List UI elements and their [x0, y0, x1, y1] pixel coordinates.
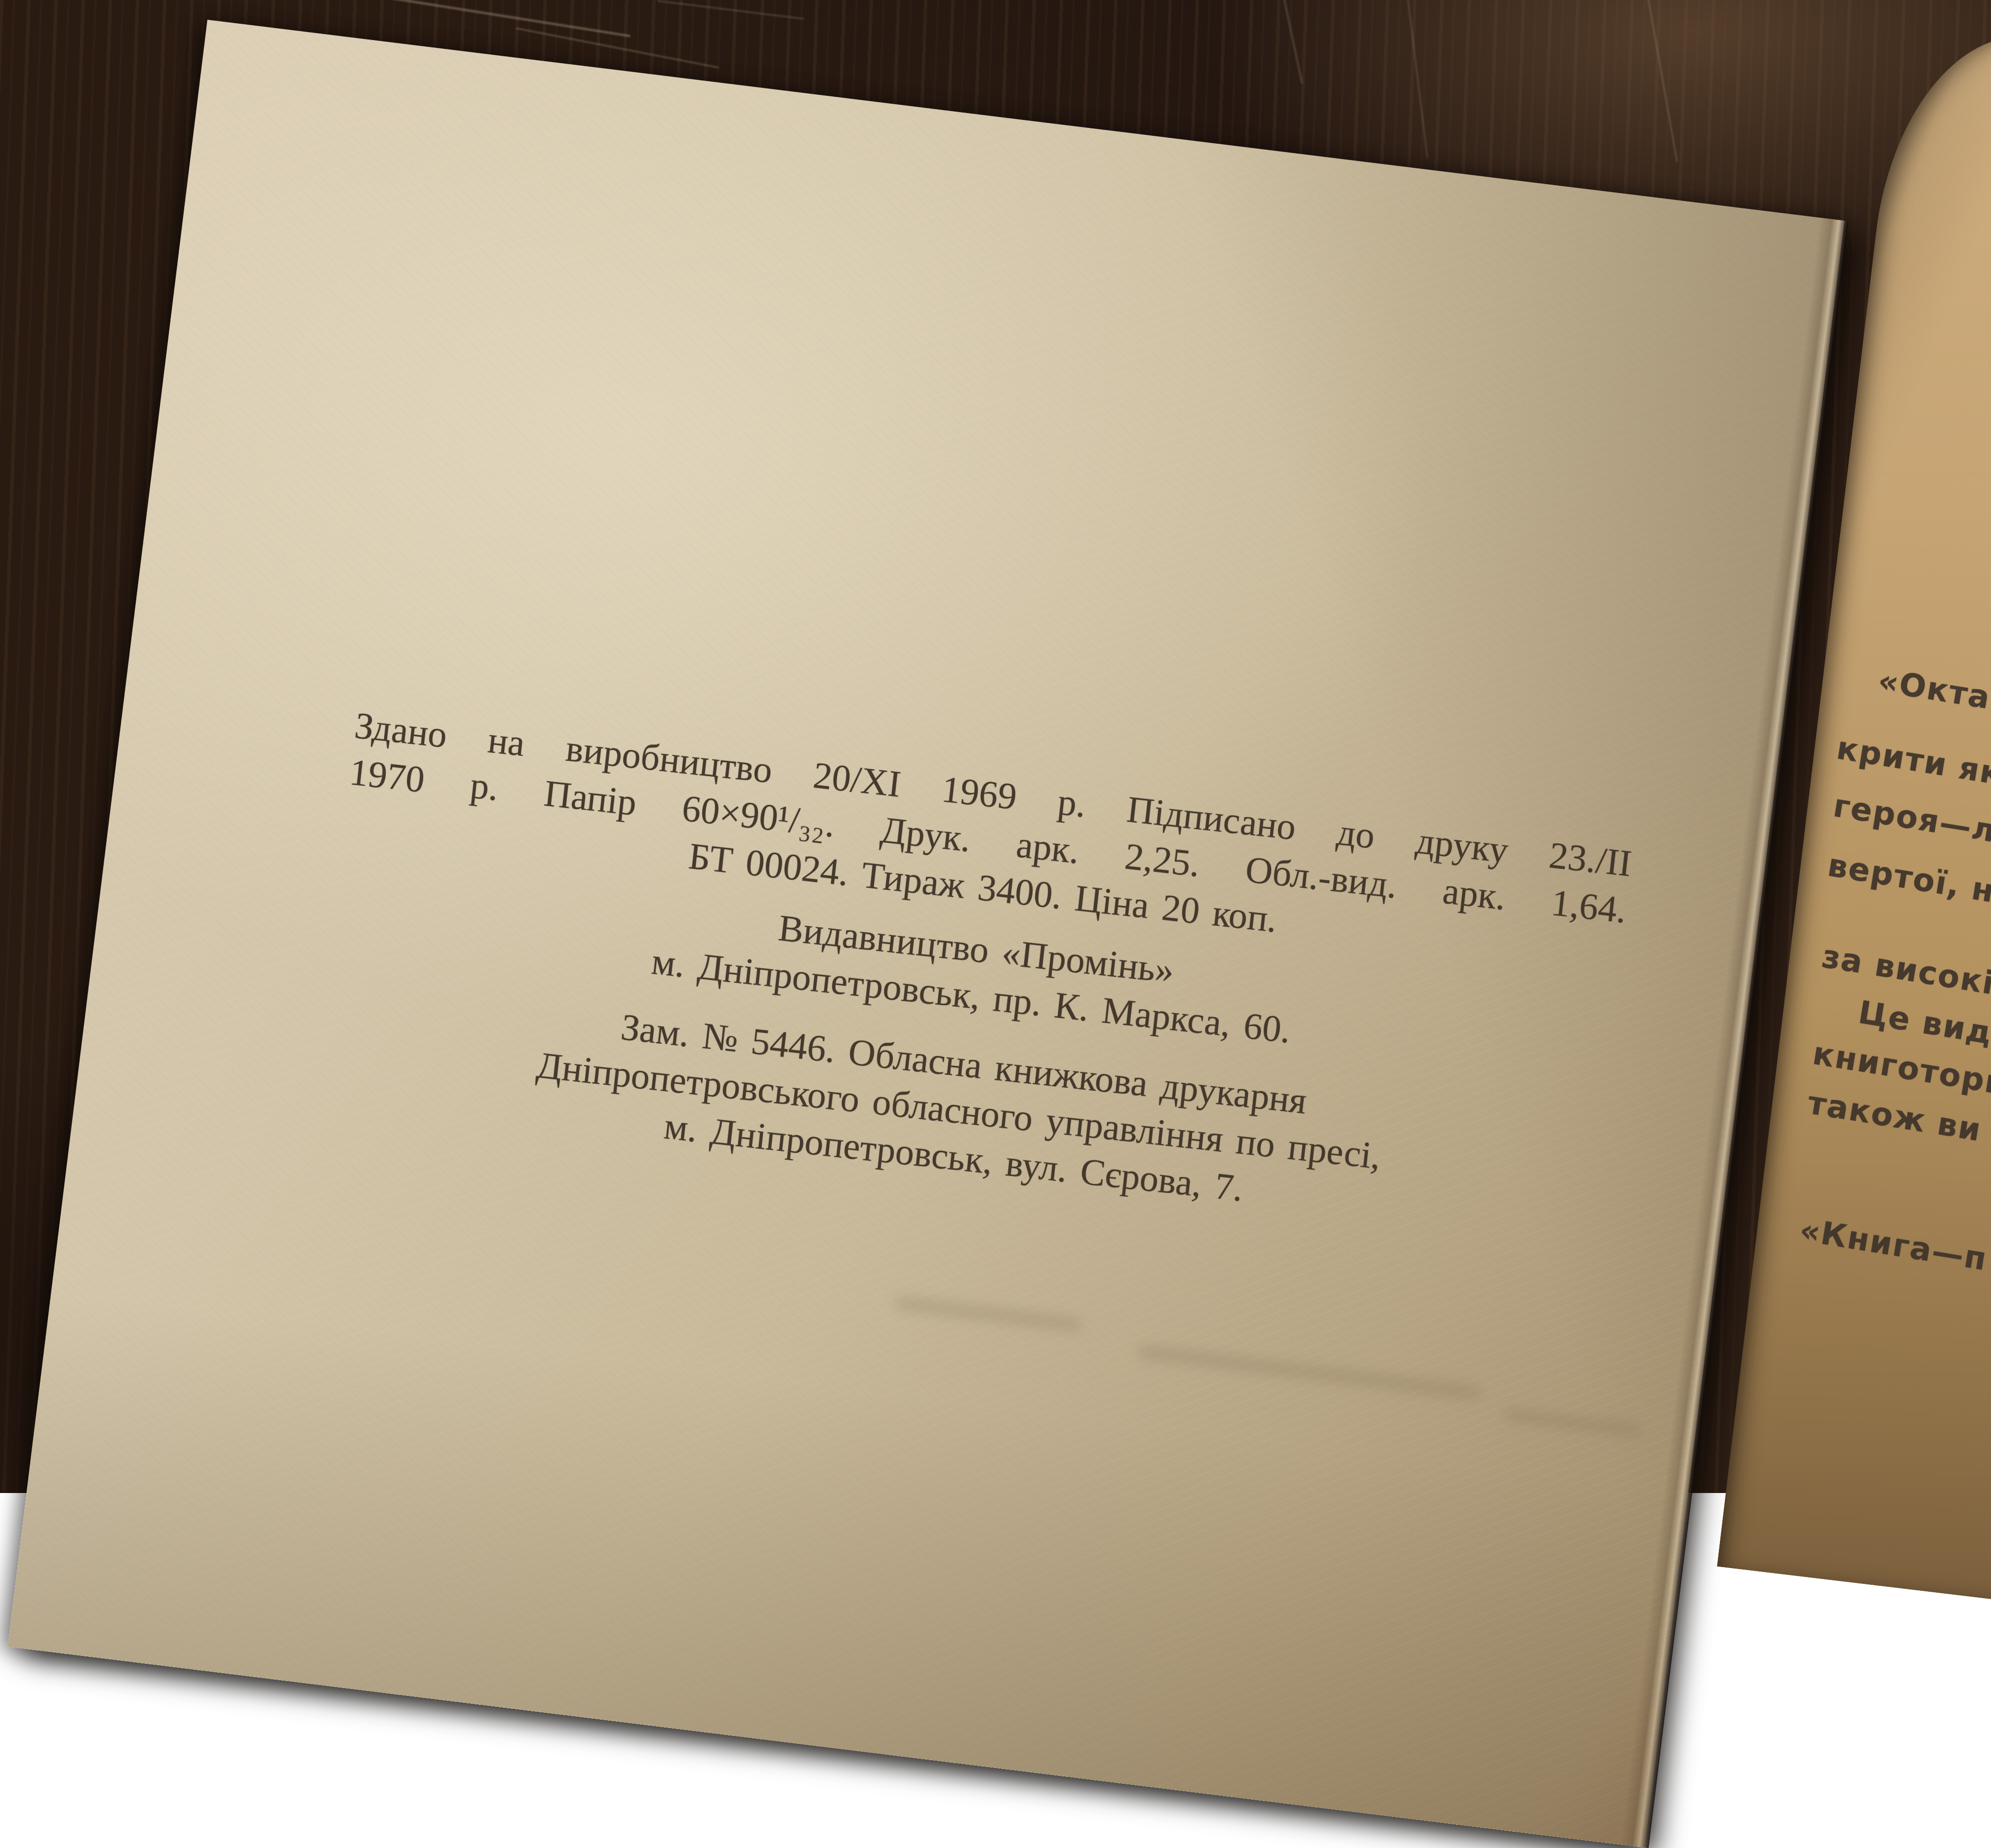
show-through-smudge	[895, 1296, 1083, 1332]
colophon-text-block: Здано на виробництво 20/XI 1969 р. Підпи…	[313, 702, 1634, 1250]
right-page-text-line: за високі	[1819, 938, 1991, 1002]
wood-scratch	[377, 0, 631, 38]
right-page-text-line: Це вид	[1856, 994, 1991, 1052]
wood-scratch	[657, 0, 804, 20]
wood-scratch	[1640, 0, 1678, 162]
wood-scratch	[1274, 0, 1304, 84]
right-page-text-line: «Октав	[1875, 663, 1991, 720]
show-through-smudge	[1503, 1408, 1642, 1437]
right-page-text-line: вертої, н	[1825, 847, 1991, 910]
right-page-text-line: «Книга—п	[1797, 1212, 1990, 1278]
wood-scratch	[1406, 0, 1428, 158]
show-through-smudge	[1138, 1344, 1482, 1401]
right-page-text-line: героя—лю	[1831, 787, 1991, 855]
right-page-text-line: крити яку	[1834, 730, 1991, 796]
book-page-colophon: Здано на виробництво 20/XI 1969 р. Підпи…	[7, 20, 1844, 1493]
